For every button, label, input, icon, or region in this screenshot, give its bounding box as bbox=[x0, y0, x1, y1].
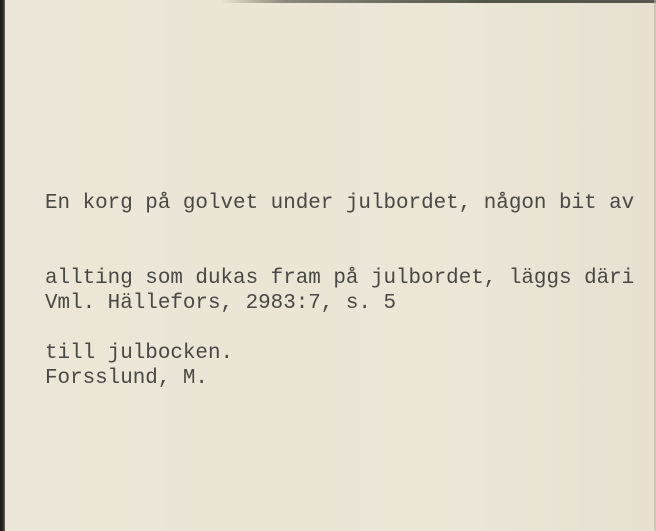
informant-name: Forsslund, M. bbox=[45, 366, 396, 391]
source-reference: Vml. Hällefors, 2983:7, s. 5 bbox=[45, 291, 396, 316]
card-left-edge-shadow bbox=[0, 0, 5, 531]
card-top-edge-shadow bbox=[220, 0, 656, 3]
body-line-1: En korg på golvet under julbordet, någon… bbox=[45, 191, 634, 216]
index-card: En korg på golvet under julbordet, någon… bbox=[0, 0, 656, 531]
card-reference: Vml. Hällefors, 2983:7, s. 5 Forsslund, … bbox=[45, 241, 396, 441]
